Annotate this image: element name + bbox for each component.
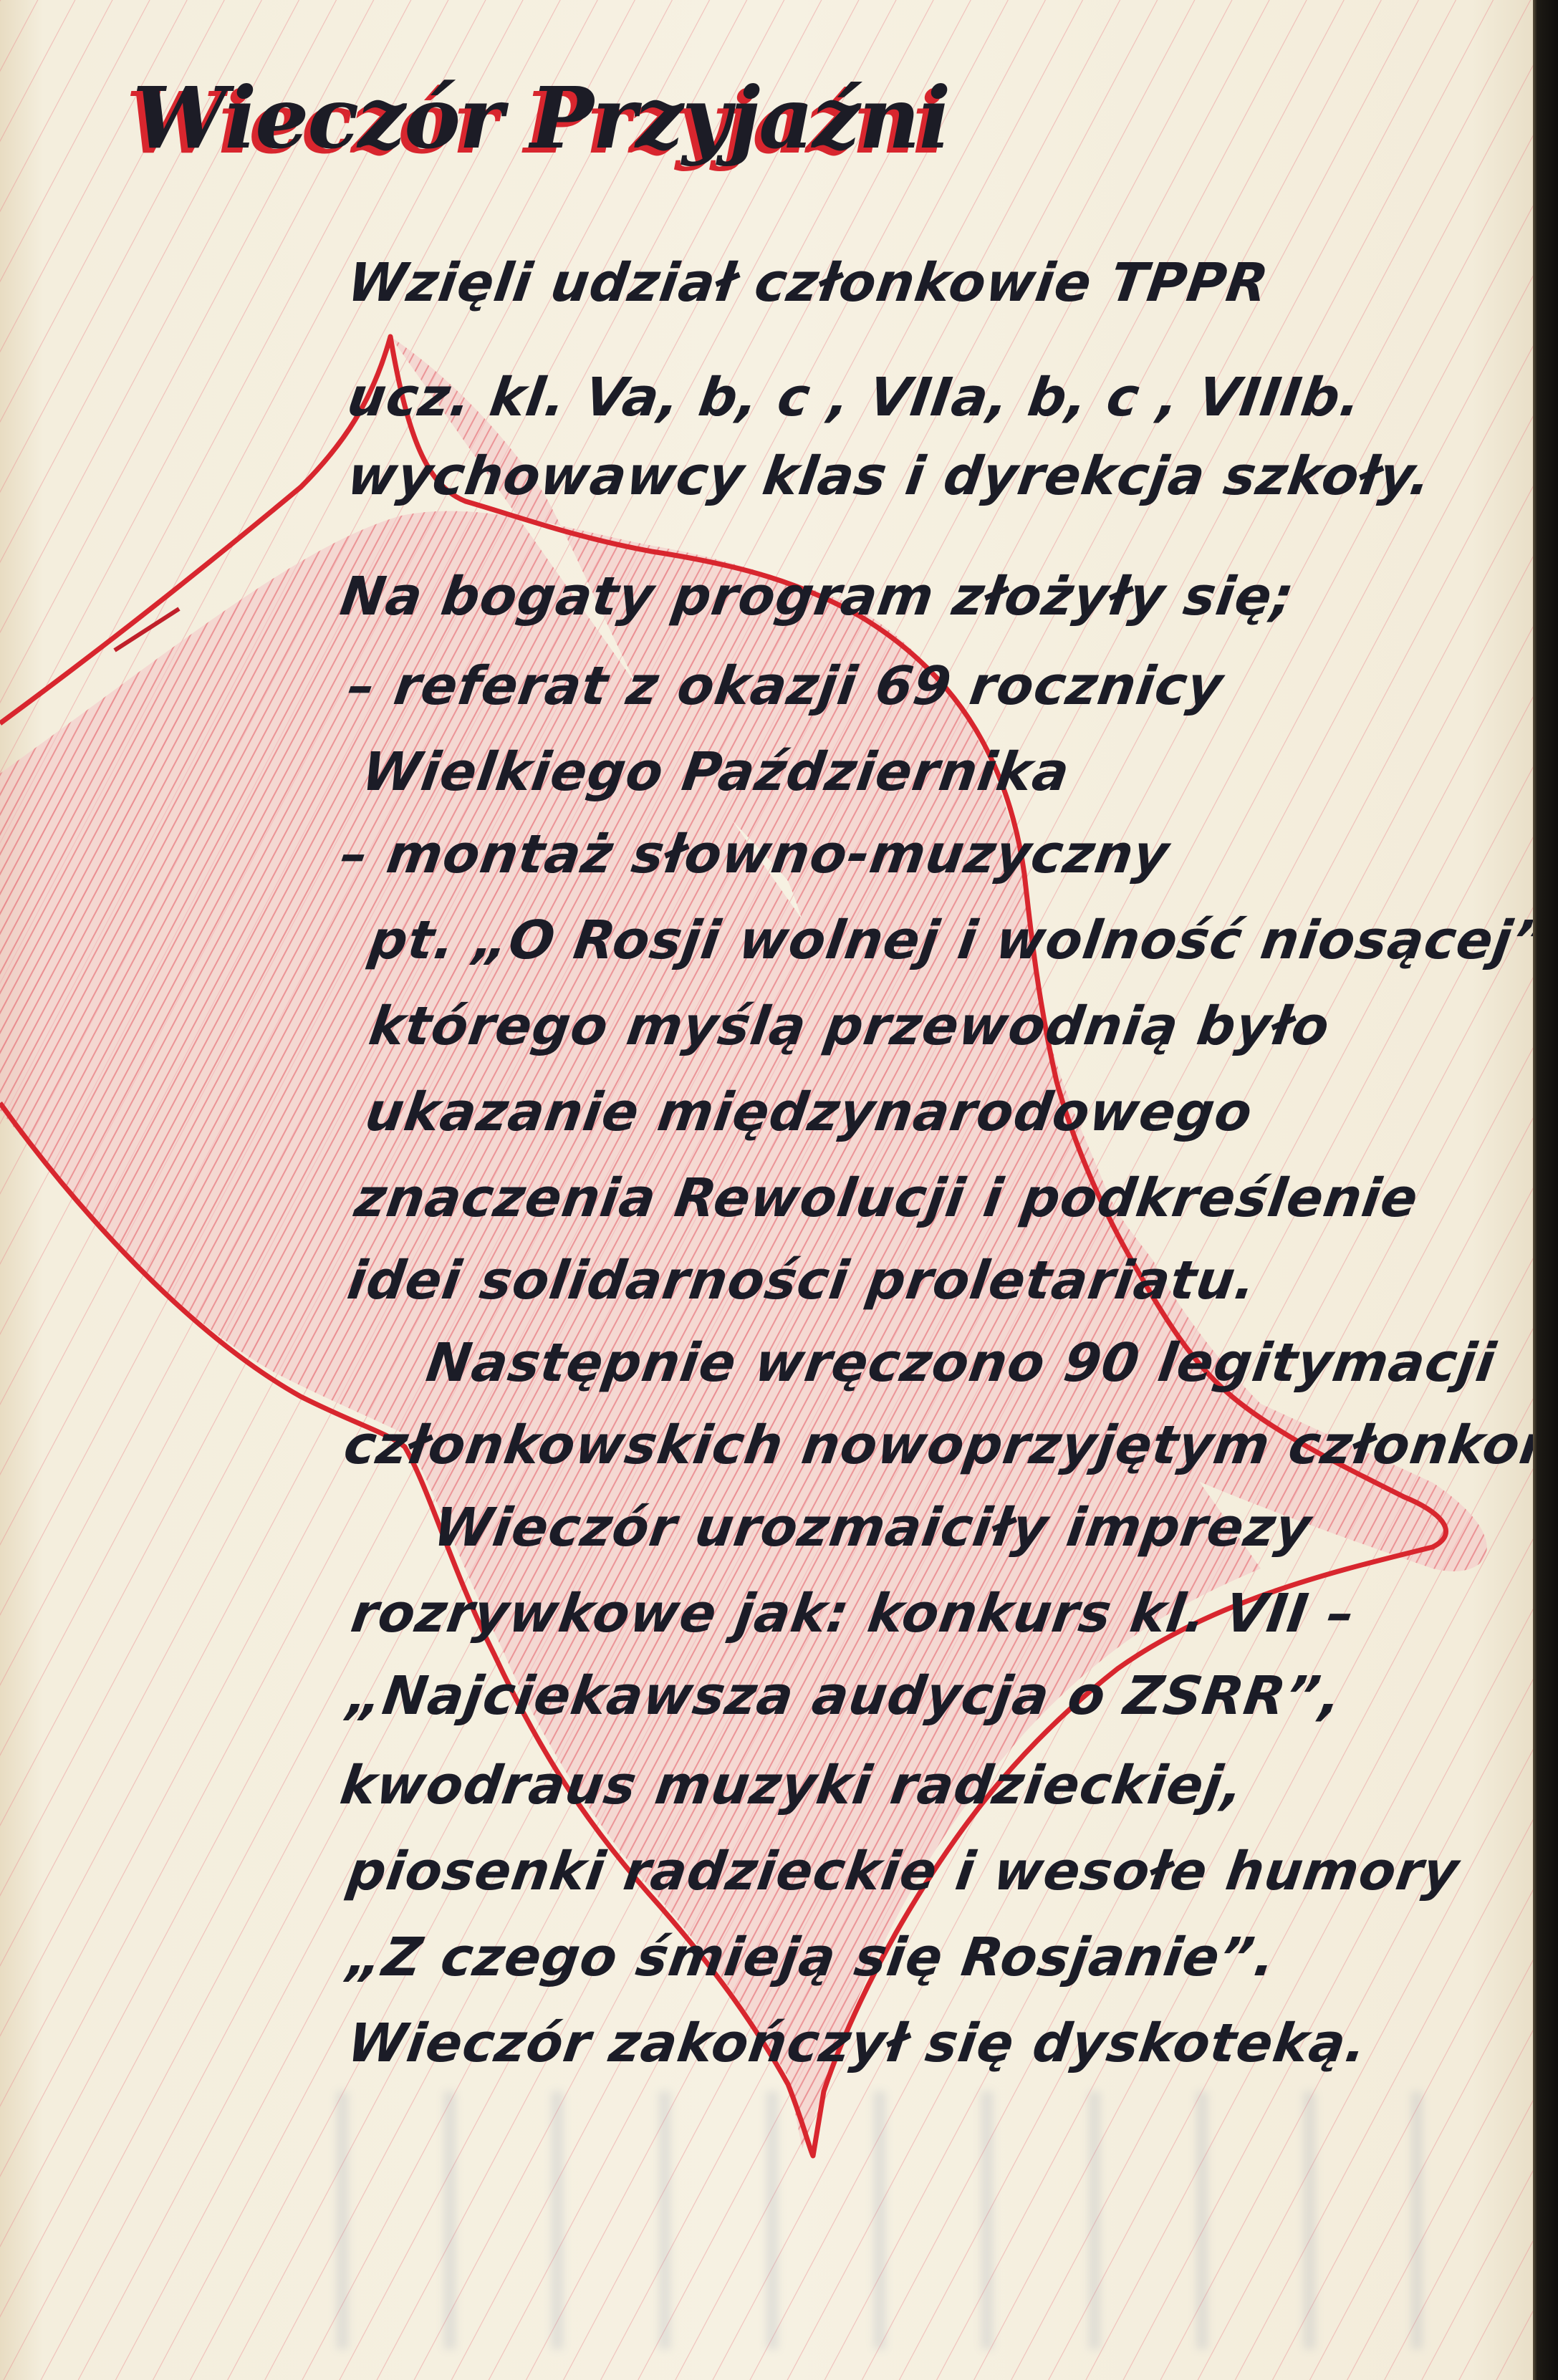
text-line: idei solidarności proletariatu. (344, 1250, 1260, 1311)
text-line: „Z czego śmieją się Rosjanie”. (344, 1927, 1279, 1988)
text-line: Na bogaty program złożyły się; (337, 566, 1298, 627)
text-line: pt. „O Rosji wolnej i wolność niosącej”, (365, 910, 1533, 971)
text-line: – referat z okazji 69 rocznicy (344, 655, 1227, 717)
text-line: rozrywkowe jak: konkurs kl. VII – (347, 1583, 1359, 1644)
notebook-binding-edge (1533, 0, 1558, 2380)
text-line: „Najciekawsza audycja o ZSRR”, (344, 1665, 1346, 1727)
text-line: Następnie wręczono 90 legitymacji (423, 1332, 1500, 1394)
text-line: ukazanie międzynarodowego (362, 1081, 1256, 1143)
text-line: – montaż słowno-muzyczny (337, 824, 1173, 885)
notebook-page: Wieczór Przyjaźni Wzięli udział członkow… (0, 0, 1533, 2380)
bleed-through-text (287, 2091, 1433, 2349)
text-line: którego myślą przewodnią było (365, 996, 1334, 1057)
text-line: ucz. kl. Va, b, c , VIIa, b, c , VIIIb. (344, 367, 1365, 428)
text-line: kwodraus muzyki radzieckiej, (337, 1755, 1248, 1816)
page-title: Wieczór Przyjaźni (133, 68, 949, 168)
text-line: Wieczór urozmaiciły imprezy (430, 1497, 1315, 1558)
text-line: wychowawcy klas i dyrekcja szkoły. (344, 445, 1436, 507)
text-line: członkowskich nowoprzyjętym członkom. (340, 1415, 1533, 1476)
text-line: Wieczór zakończył się dyskoteką. (344, 2013, 1371, 2074)
text-line: Wielkiego Października (358, 741, 1074, 803)
text-line: znaczenia Rewolucji i podkreślenie (351, 1167, 1422, 1229)
text-line: Wzięli udział członkowie TPPR (344, 252, 1273, 314)
text-line: piosenki radzieckie i wesołe humory (344, 1841, 1463, 1902)
